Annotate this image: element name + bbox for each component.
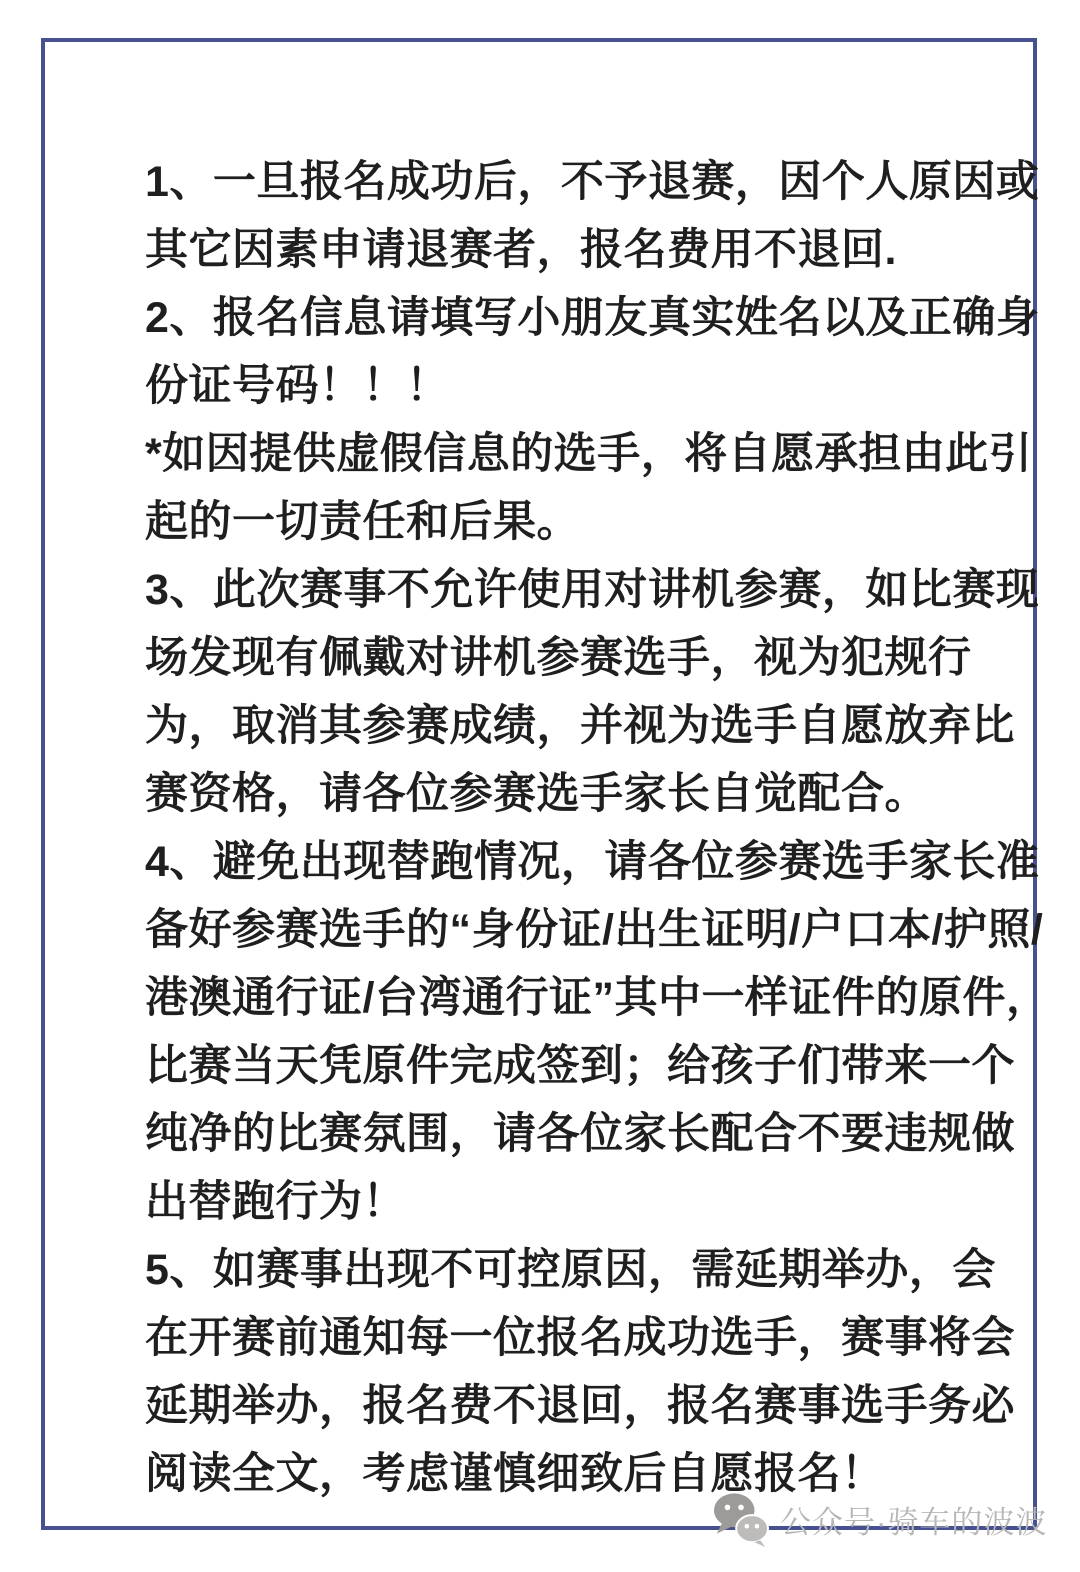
wechat-icon [712, 1491, 770, 1547]
terms-line: 赛资格，请各位参赛选手家长自觉配合。 [145, 760, 1049, 828]
terms-line: 为，取消其参赛成绩，并视为选手自愿放弃比 [145, 692, 1049, 760]
terms-line: 起的一切责任和后果。 [145, 488, 1049, 556]
terms-line: 5、如赛事出现不可控原因，需延期举办，会 [145, 1236, 1049, 1304]
terms-line: 4、避免出现替跑情况，请各位参赛选手家长准 [145, 828, 1049, 896]
watermark-label: 公众号·骑车的波波 [780, 1497, 1047, 1542]
terms-line: 比赛当天凭原件完成签到；给孩子们带来一个 [145, 1032, 1049, 1100]
watermark: 公众号·骑车的波波 [712, 1490, 1047, 1548]
terms-line: 出替跑行为！ [145, 1168, 1049, 1236]
terms-line: 1、一旦报名成功后，不予退赛，因个人原因或 [145, 148, 1049, 216]
terms-line: 3、此次赛事不允许使用对讲机参赛，如比赛现 [145, 556, 1049, 624]
terms-text: 1、一旦报名成功后，不予退赛，因个人原因或 其它因素申请退赛者，报名费用不退回.… [145, 148, 1049, 1508]
terms-line: 纯净的比赛氛围，请各位家长配合不要违规做 [145, 1100, 1049, 1168]
terms-line: 其它因素申请退赛者，报名费用不退回. [145, 216, 1049, 284]
terms-line: 延期举办，报名费不退回，报名赛事选手务必 [145, 1372, 1049, 1440]
terms-line: 港澳通行证/台湾通行证”其中一样证件的原件， [145, 964, 1049, 1032]
terms-card: 1、一旦报名成功后，不予退赛，因个人原因或 其它因素申请退赛者，报名费用不退回.… [41, 38, 1037, 1530]
terms-line: 备好参赛选手的“身份证/出生证明/户口本/护照/ [145, 896, 1049, 964]
page: 1、一旦报名成功后，不予退赛，因个人原因或 其它因素申请退赛者，报名费用不退回.… [0, 0, 1080, 1572]
terms-line: 场发现有佩戴对讲机参赛选手，视为犯规行 [145, 624, 1049, 692]
terms-line: *如因提供虚假信息的选手，将自愿承担由此引 [145, 420, 1049, 488]
terms-line: 在开赛前通知每一位报名成功选手，赛事将会 [145, 1304, 1049, 1372]
terms-line: 2、报名信息请填写小朋友真实姓名以及正确身 [145, 284, 1049, 352]
terms-line: 份证号码！！！ [145, 352, 1049, 420]
